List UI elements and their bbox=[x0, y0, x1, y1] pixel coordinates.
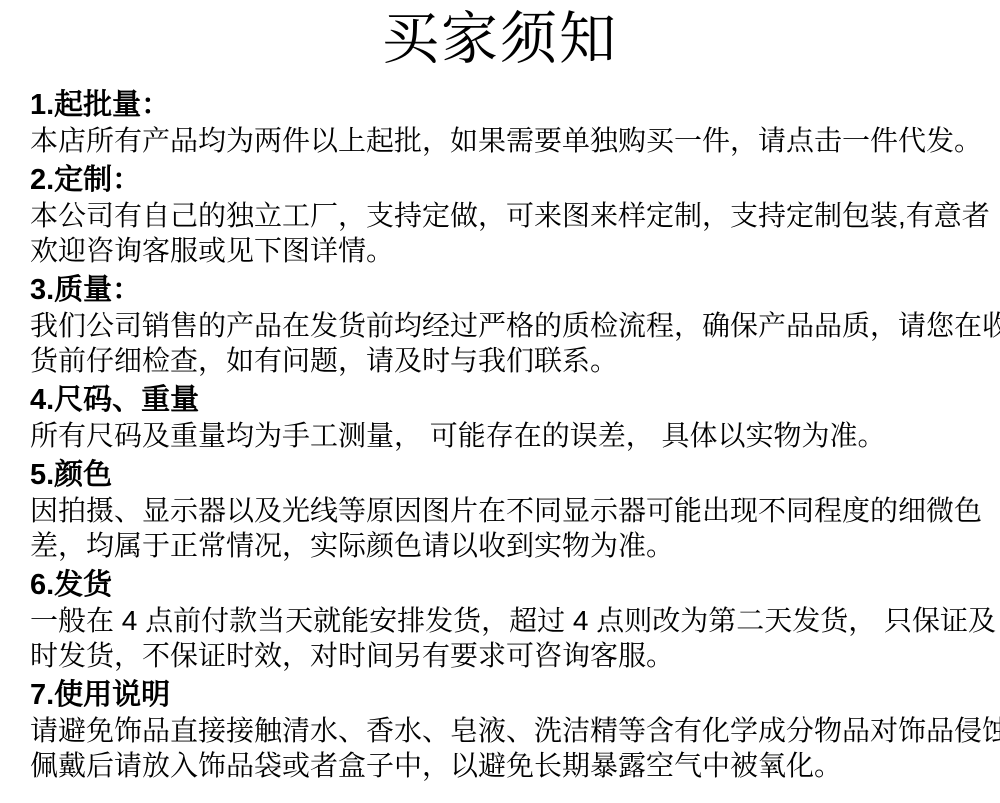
section-quality: 3.质量： 我们公司销售的产品在发货前均经过严格的质检流程，确保产品品质，请您在… bbox=[30, 273, 980, 378]
section-minimum-order: 1.起批量： 本店所有产品均为两件以上起批，如果需要单独购买一件，请点击一件代发… bbox=[30, 88, 980, 158]
section-line: 本店所有产品均为两件以上起批，如果需要单独购买一件，请点击一件代发。 bbox=[30, 123, 980, 158]
section-color: 5.颜色 因拍摄、显示器以及光线等原因图片在不同显示器可能出现不同程度的细微色 … bbox=[30, 458, 980, 563]
section-line: 差，均属于正常情况，实际颜色请以收到实物为准。 bbox=[30, 528, 980, 563]
section-line: 我们公司销售的产品在发货前均经过严格的质检流程，确保产品品质，请您在收 bbox=[30, 308, 980, 343]
section-size-weight: 4.尺码、重量 所有尺码及重量均为手工测量， 可能存在的误差， 具体以实物为准。 bbox=[30, 383, 980, 453]
page-title: 买家须知 bbox=[0, 4, 1000, 76]
section-shipping: 6.发货 一般在 4 点前付款当天就能安排发货，超过 4 点则改为第二天发货， … bbox=[30, 568, 980, 673]
section-usage-instructions: 7.使用说明 请避免饰品直接接触清水、香水、皂液、洗洁精等含有化学成分物品对饰品… bbox=[30, 678, 980, 783]
section-line: 请避免饰品直接接触清水、香水、皂液、洗洁精等含有化学成分物品对饰品侵蚀， bbox=[30, 713, 980, 748]
notice-body: 1.起批量： 本店所有产品均为两件以上起批，如果需要单独购买一件，请点击一件代发… bbox=[30, 88, 980, 783]
section-customization: 2.定制： 本公司有自己的独立工厂，支持定做，可来图来样定制，支持定制包装,有意… bbox=[30, 163, 980, 268]
section-line: 货前仔细检查，如有问题，请及时与我们联系。 bbox=[30, 343, 980, 378]
section-line: 佩戴后请放入饰品袋或者盒子中，以避免长期暴露空气中被氧化。 bbox=[30, 748, 980, 783]
section-heading: 2.定制： bbox=[30, 163, 980, 198]
section-heading: 1.起批量： bbox=[30, 88, 980, 123]
section-heading: 4.尺码、重量 bbox=[30, 383, 980, 418]
section-heading: 6.发货 bbox=[30, 568, 980, 603]
section-line: 本公司有自己的独立工厂，支持定做，可来图来样定制，支持定制包装,有意者 bbox=[30, 198, 980, 233]
section-line: 所有尺码及重量均为手工测量， 可能存在的误差， 具体以实物为准。 bbox=[30, 418, 980, 453]
section-line: 因拍摄、显示器以及光线等原因图片在不同显示器可能出现不同程度的细微色 bbox=[30, 493, 980, 528]
section-line: 时发货，不保证时效，对时间另有要求可咨询客服。 bbox=[30, 638, 980, 673]
section-heading: 3.质量： bbox=[30, 273, 980, 308]
section-heading: 7.使用说明 bbox=[30, 678, 980, 713]
section-line: 欢迎咨询客服或见下图详情。 bbox=[30, 233, 980, 268]
section-heading: 5.颜色 bbox=[30, 458, 980, 493]
section-line: 一般在 4 点前付款当天就能安排发货，超过 4 点则改为第二天发货， 只保证及 bbox=[30, 603, 980, 638]
